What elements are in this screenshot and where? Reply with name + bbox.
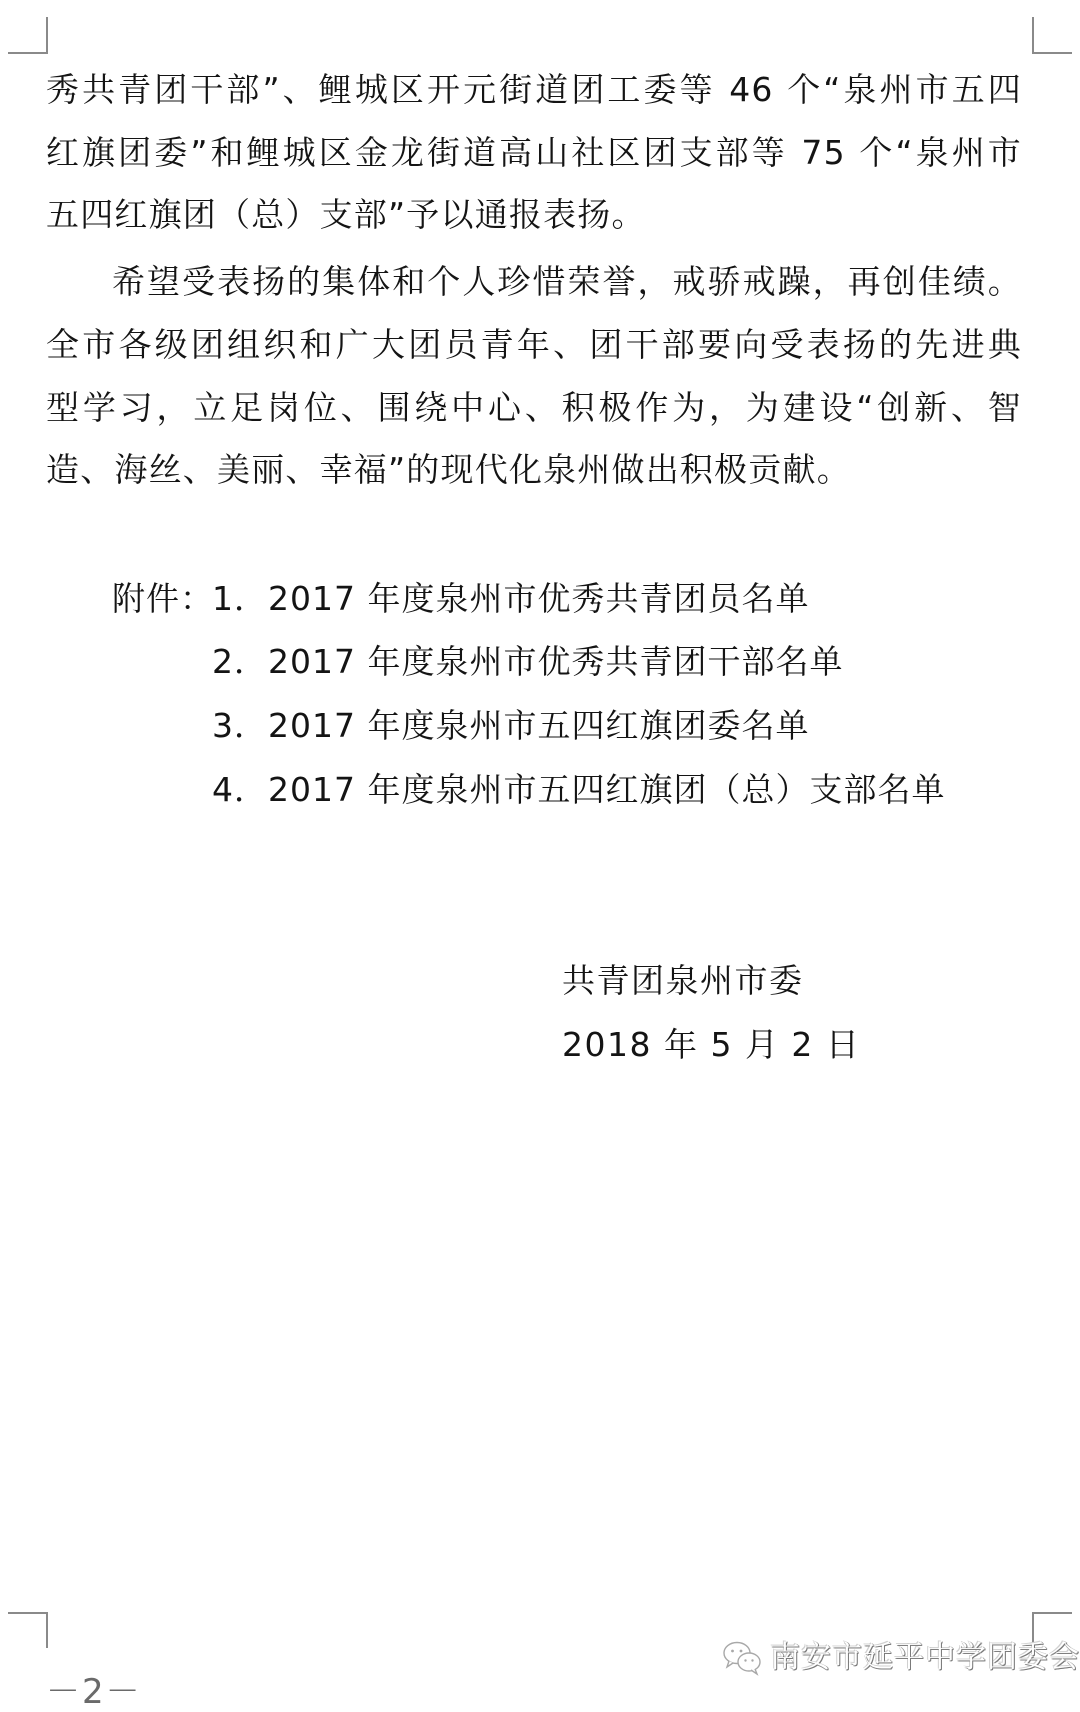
paragraph-line: 造、海丝、美丽、幸福”的现代化泉州做出积极贡献。 xyxy=(46,450,851,490)
signature-organization: 共青团泉州市委 xyxy=(562,961,804,1001)
attachment-item: 2．2017 年度泉州市优秀共青团干部名单 xyxy=(212,642,843,682)
page-number: －2－ xyxy=(46,1672,142,1712)
paragraph-line: 型学习，立足岗位、围绕中心、积极作为，为建设“创新、智 xyxy=(46,388,1022,428)
watermark-text: 南安市延平中学团委会 xyxy=(770,1640,1080,1676)
corner-mark-bottom-left-vertical xyxy=(46,1612,48,1648)
corner-mark-top-right-horizontal xyxy=(1032,52,1072,54)
paragraph-line: 五四红旗团（总）支部”予以通报表扬。 xyxy=(46,195,646,235)
corner-mark-top-right-vertical xyxy=(1032,17,1034,54)
paragraph-line: 全市各级团组织和广大团员青年、团干部要向受表扬的先进典 xyxy=(46,325,1022,365)
corner-mark-top-left-vertical xyxy=(46,17,48,54)
corner-mark-bottom-right-horizontal xyxy=(1032,1612,1072,1614)
attachments-label: 附件： xyxy=(112,579,214,619)
corner-mark-top-left-horizontal xyxy=(8,52,48,54)
watermark: 南安市延平中学团委会 xyxy=(722,1640,1080,1676)
document-page: 秀共青团干部”、鲤城区开元街道团工委等 46 个“泉州市五四 红旗团委”和鲤城区… xyxy=(0,0,1080,1712)
paragraph-line: 希望受表扬的集体和个人珍惜荣誉，戒骄戒躁，再创佳绩。 xyxy=(112,262,1022,302)
attachment-item: 1．2017 年度泉州市优秀共青团员名单 xyxy=(212,579,809,619)
paragraph-line: 红旗团委”和鲤城区金龙街道高山社区团支部等 75 个“泉州市 xyxy=(46,133,1022,173)
attachment-item: 3．2017 年度泉州市五四红旗团委名单 xyxy=(212,706,809,746)
attachment-item: 4．2017 年度泉州市五四红旗团（总）支部名单 xyxy=(212,770,945,810)
signature-date: 2018 年 5 月 2 日 xyxy=(562,1025,860,1065)
wechat-icon xyxy=(722,1640,762,1676)
paragraph-line: 秀共青团干部”、鲤城区开元街道团工委等 46 个“泉州市五四 xyxy=(46,70,1022,110)
corner-mark-bottom-left-horizontal xyxy=(8,1612,48,1614)
